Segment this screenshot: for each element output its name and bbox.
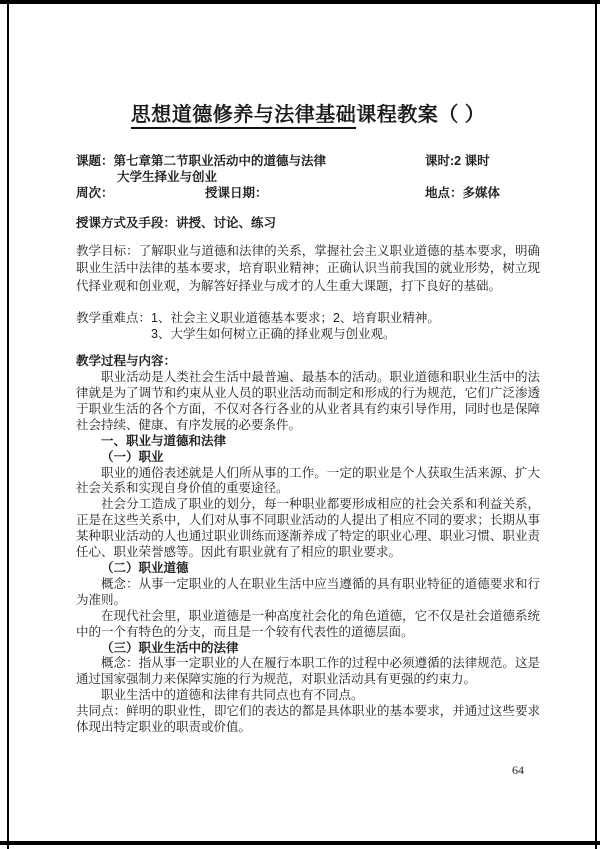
document-title: 思想道德修养与法律基础课程教案（ ） <box>76 0 540 130</box>
paragraph: 概念：指从事一定职业的人在履行本职工作的过程中必须遵循的法律规范。这是通过国家强… <box>76 656 540 688</box>
paragraph: 职业活动是人类社会生活中最普遍、最基本的活动。职业道德和职业生活中的法律就是为了… <box>76 370 540 434</box>
paragraph: 职业生活中的道德和法律有共同点也有不同点。 <box>76 688 540 704</box>
key-points-line1: 教学重难点：1、社会主义职业道德基本要求；2、培育职业精神。 <box>76 310 540 326</box>
document-body-section: 教学过程与内容： 职业活动是人类社会生活中最普遍、最基本的活动。职业道德和职业生… <box>76 354 540 736</box>
page-number: 64 <box>512 763 524 778</box>
paragraph: 社会分工造成了职业的划分，每一种职业都要形成相应的社会关系和利益关系，正是在这些… <box>76 497 540 561</box>
section-heading: （三）职业生活中的法律 <box>76 641 540 657</box>
scan-border-right <box>595 0 597 849</box>
key-points-block: 教学重难点：1、社会主义职业道德基本要求；2、培育职业精神。 3、大学生如何树立… <box>76 310 540 342</box>
document-content: 思想道德修养与法律基础课程教案（ ） 课题：第七章第二节职业活动中的道德与法律 … <box>76 0 540 736</box>
location-label: 地点：多媒体 <box>425 185 500 201</box>
teaching-method-line: 授课方式及手段：讲授、讨论、练习 <box>76 215 540 231</box>
meta-row-schedule: 周次： 授课日期： 地点：多媒体 <box>76 185 540 201</box>
paragraph: 职业的通俗表述就是人们所从事的工作。一定的职业是个人获取生活来源、扩大社会关系和… <box>76 466 540 498</box>
process-label: 教学过程与内容： <box>76 354 540 370</box>
section-heading: （二）职业道德 <box>76 561 540 577</box>
key-points-line2: 3、大学生如何树立正确的择业观与创业观。 <box>76 326 540 342</box>
scan-border-bottom <box>0 841 600 845</box>
meta-row-subject: 课题：第七章第二节职业活动中的道德与法律 课时:2 课时 <box>76 153 540 169</box>
title-rest-text: 课程教案（ ） <box>356 104 485 126</box>
teaching-objectives-paragraph: 教学目标：了解职业与道德和法律的关系，掌握社会主义职业道德的基本要求，明确职业生… <box>76 243 540 295</box>
section-heading: （一）职业 <box>76 450 540 466</box>
paragraph: 共同点：鲜明的职业性，即它们的表达的都是具体职业的基本要求，并通过这些要求体现出… <box>76 704 540 736</box>
title-underlined-text: 思想道德修养与法律基础 <box>131 104 357 129</box>
meta-row-subject-line2: 大学生择业与创业 <box>76 169 540 185</box>
class-hours-label: 课时:2 课时 <box>425 153 490 169</box>
week-label: 周次： <box>76 186 114 200</box>
scanned-document-page: 思想道德修养与法律基础课程教案（ ） 课题：第七章第二节职业活动中的道德与法律 … <box>0 0 600 849</box>
document-body: 职业活动是人类社会生活中最普遍、最基本的活动。职业道德和职业生活中的法律就是为了… <box>76 370 540 736</box>
section-heading: 一、职业与道德和法律 <box>76 434 540 450</box>
paragraph: 在现代社会里，职业道德是一种高度社会化的角色道德，它不仅是社会道德系统中的一个有… <box>76 609 540 641</box>
date-label: 授课日期： <box>205 185 268 201</box>
subject-line2-label: 大学生择业与创业 <box>117 170 217 184</box>
paragraph: 概念：从事一定职业的人在职业生活中应当遵循的具有职业特征的道德要求和行为准则。 <box>76 577 540 609</box>
subject-label: 课题：第七章第二节职业活动中的道德与法律 <box>76 154 326 168</box>
scan-border-left <box>7 0 9 849</box>
meta-block: 课题：第七章第二节职业活动中的道德与法律 课时:2 课时 大学生择业与创业 周次… <box>76 153 540 201</box>
